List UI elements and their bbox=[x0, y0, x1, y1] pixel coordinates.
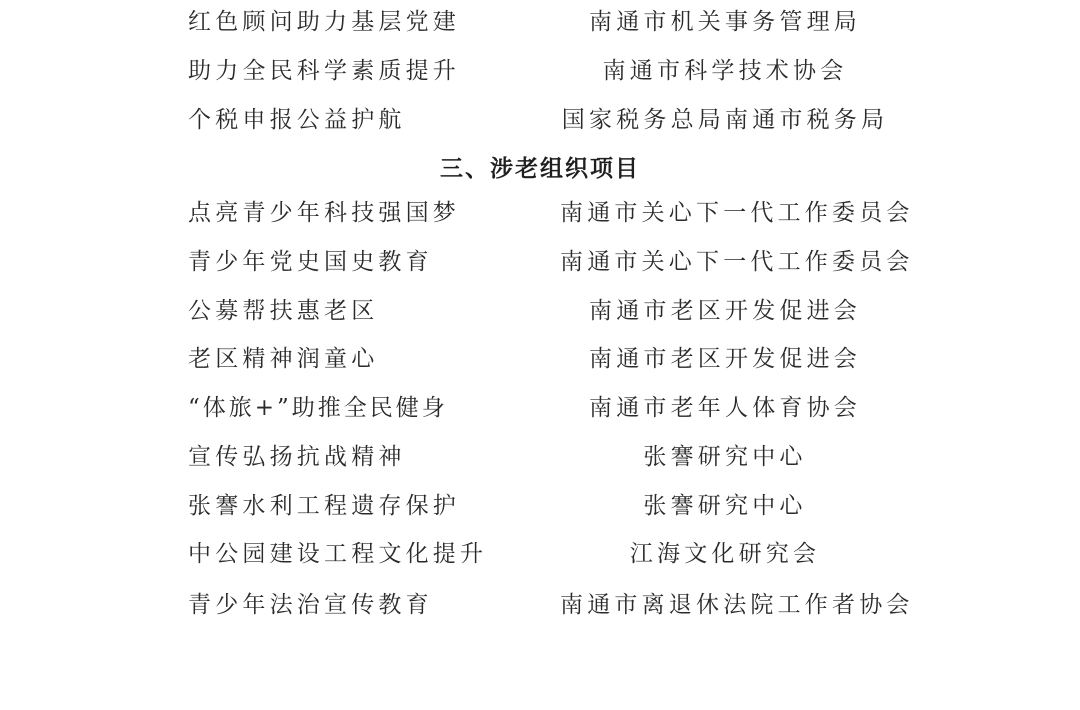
organization-name: 江海文化研究会 bbox=[560, 534, 890, 574]
project-row: 青少年党史国史教育 南通市关心下一代工作委员会 bbox=[0, 242, 1080, 282]
organization-name: 张謇研究中心 bbox=[560, 486, 890, 526]
project-row: 助力全民科学素质提升 南通市科学技术协会 bbox=[0, 51, 1080, 91]
project-name: “体旅+”助推全民健身 bbox=[188, 388, 448, 428]
organization-name: 南通市离退休法院工作者协会 bbox=[560, 585, 890, 625]
project-name: 青少年党史国史教育 bbox=[188, 242, 433, 282]
organization-name: 南通市科学技术协会 bbox=[560, 51, 890, 91]
project-name: 宣传弘扬抗战精神 bbox=[188, 437, 406, 477]
project-name: 青少年法治宣传教育 bbox=[188, 585, 433, 625]
project-name: 点亮青少年科技强国梦 bbox=[188, 193, 460, 233]
project-row: 公募帮扶惠老区 南通市老区开发促进会 bbox=[0, 291, 1080, 331]
project-name: 老区精神润童心 bbox=[188, 339, 378, 379]
organization-name: 张謇研究中心 bbox=[560, 437, 890, 477]
project-row: 红色顾问助力基层党建 南通市机关事务管理局 bbox=[0, 2, 1080, 42]
project-row: 张謇水利工程遗存保护 张謇研究中心 bbox=[0, 486, 1080, 526]
organization-name: 南通市关心下一代工作委员会 bbox=[560, 193, 890, 233]
project-row: “体旅+”助推全民健身 南通市老年人体育协会 bbox=[0, 388, 1080, 428]
project-row: 个税申报公益护航 国家税务总局南通市税务局 bbox=[0, 100, 1080, 140]
project-name: 个税申报公益护航 bbox=[188, 100, 406, 140]
project-row: 宣传弘扬抗战精神 张謇研究中心 bbox=[0, 437, 1080, 477]
section-heading-text: 三、涉老组织项目 bbox=[440, 149, 640, 189]
project-row: 中公园建设工程文化提升 江海文化研究会 bbox=[0, 534, 1080, 574]
project-row: 青少年法治宣传教育 南通市离退休法院工作者协会 bbox=[0, 585, 1080, 625]
project-name: 中公园建设工程文化提升 bbox=[188, 534, 487, 574]
project-name: 张謇水利工程遗存保护 bbox=[188, 486, 460, 526]
section-heading: 三、涉老组织项目 bbox=[0, 149, 1080, 189]
project-row: 点亮青少年科技强国梦 南通市关心下一代工作委员会 bbox=[0, 193, 1080, 233]
organization-name: 南通市老区开发促进会 bbox=[560, 339, 890, 379]
organization-name: 南通市关心下一代工作委员会 bbox=[560, 242, 890, 282]
organization-name: 南通市机关事务管理局 bbox=[560, 2, 890, 42]
project-name: 公募帮扶惠老区 bbox=[188, 291, 378, 331]
project-row: 老区精神润童心 南通市老区开发促进会 bbox=[0, 339, 1080, 379]
project-name: 助力全民科学素质提升 bbox=[188, 51, 460, 91]
organization-name: 国家税务总局南通市税务局 bbox=[560, 100, 890, 140]
organization-name: 南通市老年人体育协会 bbox=[560, 388, 890, 428]
organization-name: 南通市老区开发促进会 bbox=[560, 291, 890, 331]
project-name: 红色顾问助力基层党建 bbox=[188, 2, 460, 42]
